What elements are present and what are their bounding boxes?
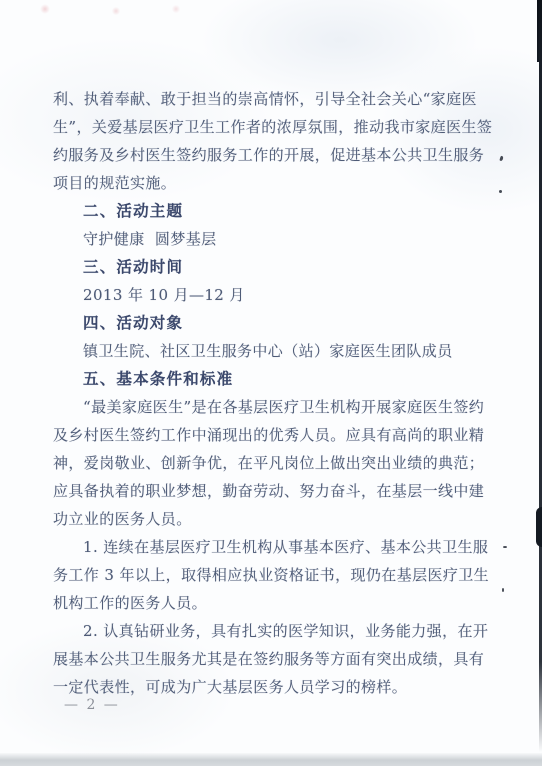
section-heading-time: 三、活动时间 — [53, 253, 485, 281]
body-text-line: 约服务及乡村医生签约服务工作的开展，促进基本公共卫生服务 — [53, 141, 485, 169]
scan-speck — [503, 546, 507, 548]
scanned-document-page: 利、执着奉献、敢于担当的崇高情怀，引导全社会关心“家庭医 生”，关爱基层医疗卫生… — [0, 0, 542, 766]
body-text-line: 镇卫生院、社区卫生服务中心（站）家庭医生团队成员 — [53, 337, 485, 365]
body-text-line: 生”，关爱基层医疗卫生工作者的浓厚氛围，推动我市家庭医生签 — [53, 113, 485, 141]
body-text-line: 及乡村医生签约工作中涌现出的优秀人员。应具有高尚的职业精 — [53, 421, 485, 449]
section-heading-theme: 二、活动主题 — [53, 197, 485, 225]
body-text-line: “最美家庭医生”是在各基层医疗卫生机构开展家庭医生签约 — [53, 393, 485, 421]
body-text-line: 机构工作的医务人员。 — [53, 589, 485, 617]
body-text-line: 神，爱岗敬业、创新争优，在平凡岗位上做出突出业绩的典范； — [53, 449, 485, 477]
body-text-line: 守护健康 圆梦基层 — [53, 225, 485, 253]
scan-speck — [502, 588, 504, 592]
body-text-line: 2013 年 10 月—12 月 — [53, 281, 485, 309]
document-body: 利、执着奉献、敢于担当的崇高情怀，引导全社会关心“家庭医 生”，关爱基层医疗卫生… — [53, 85, 485, 701]
body-text-line: 应具备执着的职业梦想，勤奋劳动、努力奋斗，在基层一线中建 — [53, 477, 485, 505]
body-text-line: 功立业的医务人员。 — [53, 505, 485, 533]
scan-speck — [499, 156, 503, 162]
body-text-line: 利、执着奉献、敢于担当的崇高情怀，引导全社会关心“家庭医 — [53, 85, 485, 113]
body-text-line: 展基本公共卫生服务尤其是在签约服务等方面有突出成绩，具有 — [53, 645, 485, 673]
section-heading-criteria: 五、基本条件和标准 — [53, 365, 485, 393]
scan-speck — [499, 190, 502, 193]
numbered-item-line: 1. 连续在基层医疗卫生机构从事基本医疗、基本公共卫生服 — [53, 533, 485, 561]
scan-edge-blob — [536, 507, 542, 547]
body-text-line: 项目的规范实施。 — [53, 169, 485, 197]
section-heading-target: 四、活动对象 — [53, 309, 485, 337]
page-number: — 2 — — [64, 696, 120, 714]
body-text-line: 务工作 3 年以上，取得相应执业资格证书，现仍在基层医疗卫生 — [53, 561, 485, 589]
scan-bottom-shadow — [0, 753, 542, 766]
numbered-item-line: 2. 认真钻研业务，具有扎实的医学知识，业务能力强，在开 — [53, 617, 485, 645]
